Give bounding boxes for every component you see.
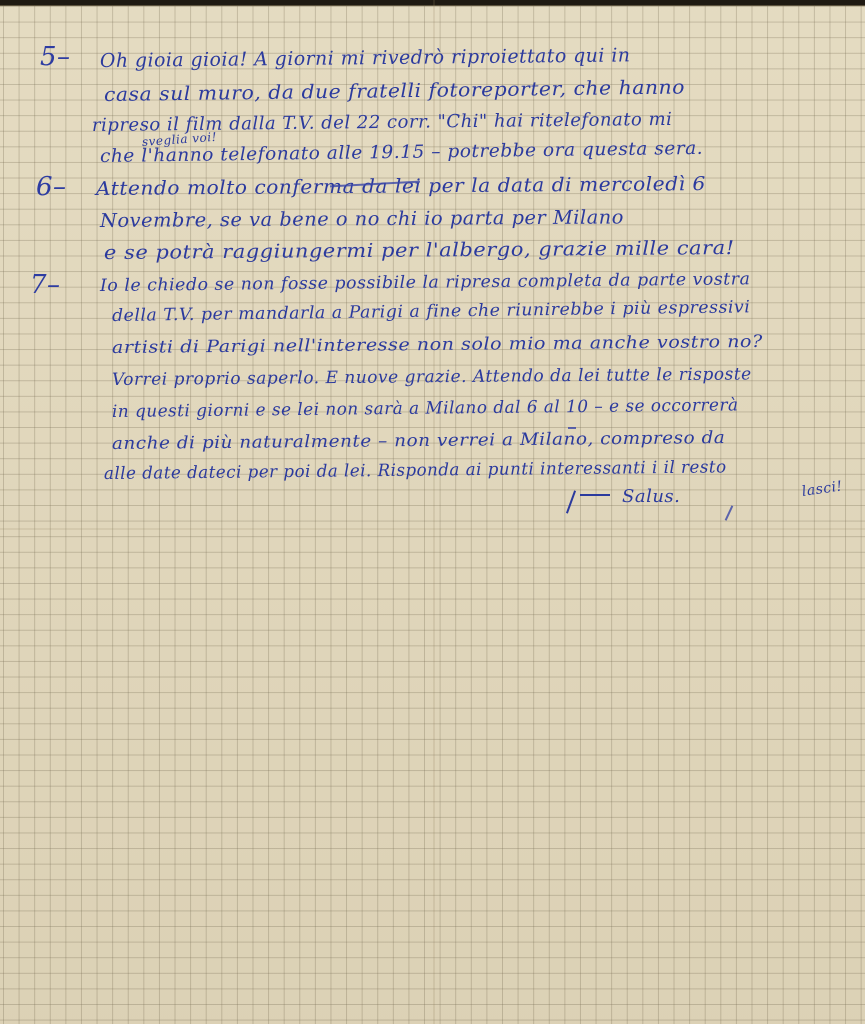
item-7-line-5: in questi giorni e se lei non sarà a Mil…: [112, 395, 739, 422]
signature-stroke-vertical: [566, 490, 576, 513]
item-6-line-1: Attendo molto conferma da lei per la dat…: [96, 173, 706, 200]
item-5-line-2: casa sul muro, da due fratelli fotorepor…: [104, 76, 685, 106]
margin-note: lasci!: [801, 478, 844, 500]
item-7-line-3: artisti di Parigi nell'interesse non sol…: [112, 332, 763, 358]
item-7-line-7: alle date dateci per poi da lei. Rispond…: [104, 457, 727, 484]
dash-stroke: [568, 427, 576, 429]
item-7-line-4: Vorrei proprio saperlo. E nuove grazie. …: [112, 364, 752, 390]
stray-pen-mark: [725, 505, 733, 520]
item-7-line-1: Io le chiedo se non fosse possibile la r…: [100, 269, 751, 296]
letter-page: 5– Oh gioia gioia! A giorni mi rivedrò r…: [0, 0, 865, 1024]
closing-salutation: Salus.: [622, 486, 680, 507]
item-6-line-2: Novembre, se va bene o no chi io parta p…: [100, 206, 624, 232]
item-number-7: 7–: [30, 270, 61, 300]
signature-stroke-horizontal: [580, 494, 610, 496]
item-6-line-3: e se potrà raggiungermi per l'albergo, g…: [104, 237, 735, 264]
item-number-5: 5–: [40, 42, 71, 72]
horizontal-fold: [0, 528, 865, 530]
item-7-line-6: anche di più naturalmente – non verrei a…: [112, 428, 726, 454]
item-5-line-1: Oh gioia gioia! A giorni mi rivedrò ripr…: [100, 44, 631, 72]
item-number-6: 6–: [36, 172, 67, 202]
item-7-line-2: della T.V. per mandarla a Parigi a fine …: [112, 297, 751, 326]
